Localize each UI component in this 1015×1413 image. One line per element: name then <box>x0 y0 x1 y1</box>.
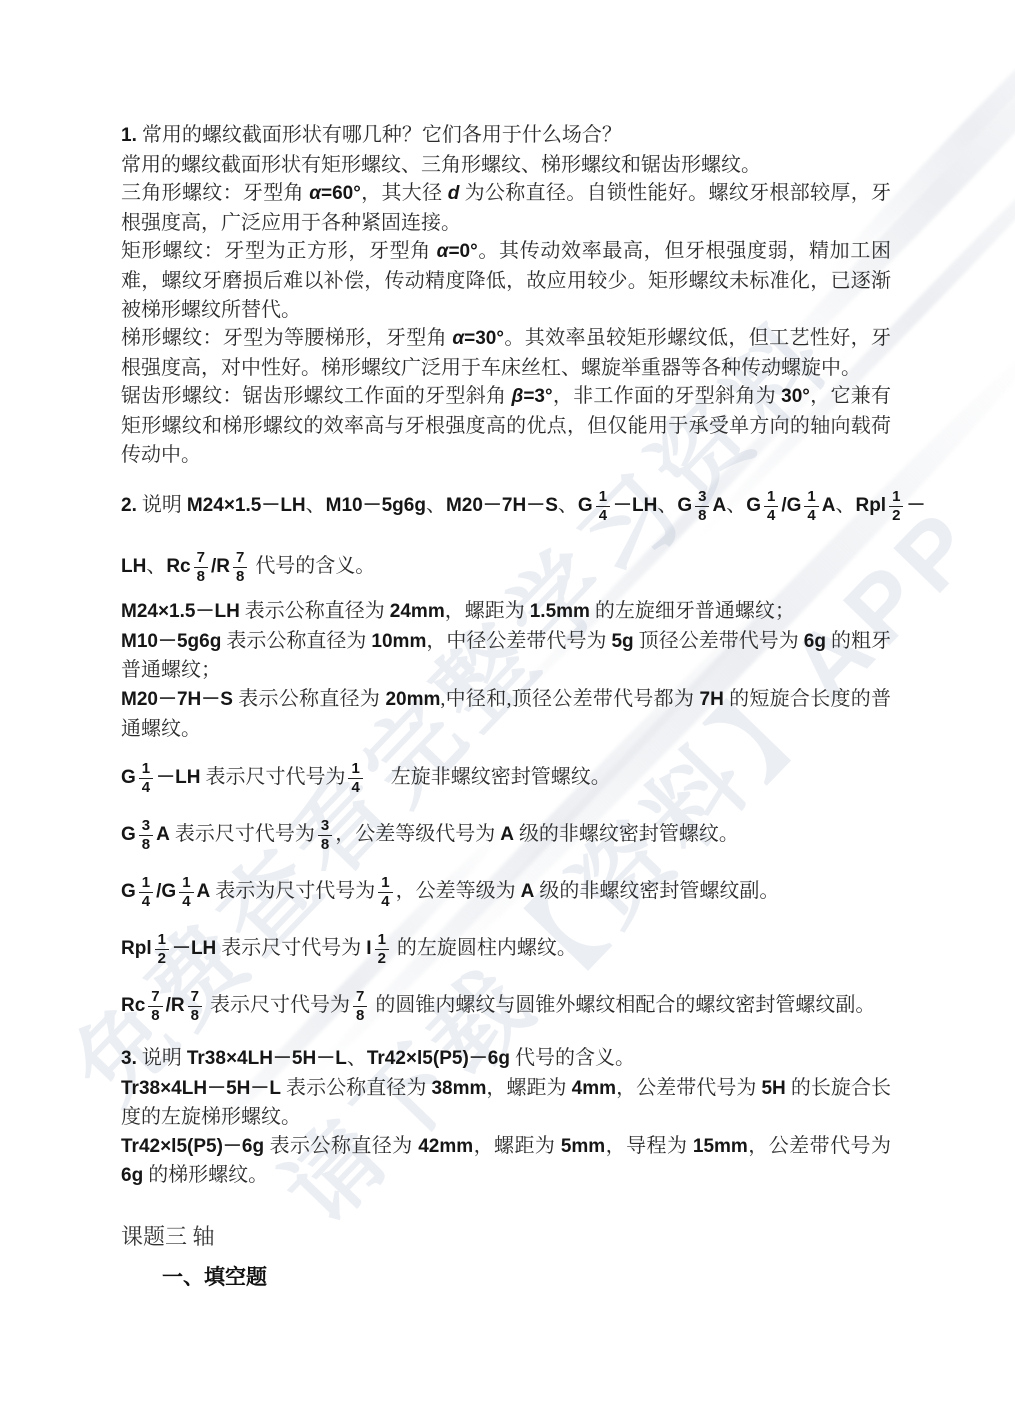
text-run: 左旋非螺纹密封管螺纹。 <box>366 766 611 788</box>
text-run: Rpl <box>855 495 886 516</box>
answer-rc: Rc78/R78 表示尺寸代号为78 的圆锥内螺纹与圆锥外螺纹相配合的螺纹密封管… <box>121 977 891 1034</box>
text-run: =60° <box>321 183 361 204</box>
text-run: 说明 <box>137 1047 187 1069</box>
fraction: 38 <box>318 818 332 854</box>
text-run: M10－5g6g <box>121 631 221 652</box>
text-run: 、 <box>558 494 578 516</box>
text-run: 15mm <box>693 1136 748 1157</box>
text-run: /R <box>166 995 185 1016</box>
answer-m24: M24×1.5－LH 表示公称直径为 24mm，螺距为 1.5mm 的左旋细牙普… <box>121 597 891 627</box>
text-run: 1. <box>121 125 137 146</box>
text-run: A <box>500 824 514 845</box>
text-run: Tr38×4LH－5H－L <box>187 1048 347 1069</box>
fraction: 14 <box>764 489 778 525</box>
text-run: A <box>712 495 726 516</box>
text-run: Rpl <box>121 938 152 959</box>
answer-1-intro: 常用的螺纹截面形状有矩形螺纹、三角形螺纹、梯形螺纹和锯齿形螺纹。 <box>121 151 891 180</box>
text-run: 矩形螺纹：牙型为正方形，牙型角 <box>121 240 437 262</box>
fraction: 78 <box>148 989 162 1025</box>
text-run: G <box>746 495 761 516</box>
text-run: 、 <box>347 1047 367 1069</box>
text-run: G <box>677 495 692 516</box>
answer-1-rect: 矩形螺纹：牙型为正方形，牙型角 α=0°。其传动效率最高，但牙根强度弱，精加工困… <box>121 237 891 324</box>
text-run: 5mm <box>561 1136 605 1157</box>
text-run: 级的非螺纹密封管螺纹副。 <box>534 880 779 902</box>
text-run: 10mm <box>371 631 426 652</box>
text-run: M20－7H－S <box>446 495 558 516</box>
text-run: 2. <box>121 495 137 516</box>
text-run: 42mm <box>418 1136 473 1157</box>
text-run: 表示公称直径为 <box>264 1135 418 1157</box>
text-run: 表示公称直径为 <box>281 1077 431 1099</box>
text-run: 三角形螺纹：牙型角 <box>121 182 309 204</box>
text-run: 表示公称直径为 <box>233 688 386 710</box>
text-run: 7H <box>700 689 724 710</box>
fraction: 14 <box>596 489 610 525</box>
text-run: 表示尺寸代号为 <box>170 823 315 845</box>
text-run: ,中径和,顶径公差带代号都为 <box>440 688 699 710</box>
text-run: 24mm <box>390 601 445 622</box>
text-run: ，导程为 <box>605 1135 693 1157</box>
text-run: =30° <box>464 328 504 349</box>
text-run: 顶径公差带代号为 <box>634 630 804 652</box>
text-run: 的左旋细牙普通螺纹； <box>590 600 795 622</box>
text-run: 的梯形螺纹。 <box>143 1164 268 1186</box>
question-1: 1. 常用的螺纹截面形状有哪几种？它们各用于什么场合？ <box>121 121 891 151</box>
text-run: 3. <box>121 1048 137 1069</box>
text-run: α <box>309 183 321 204</box>
text-run: ，螺距为 <box>445 600 530 622</box>
text-run: 5g <box>611 631 633 652</box>
text-run: Rc <box>166 556 190 577</box>
text-run: ，螺距为 <box>473 1135 561 1157</box>
text-run: Tr42×l5(P5)－6g <box>121 1136 264 1157</box>
text-run: G <box>578 495 593 516</box>
text-run: 表示尺寸代号为 <box>205 994 350 1016</box>
text-run: 锯齿形螺纹：锯齿形螺纹工作面的牙型斜角 <box>121 385 512 407</box>
text-run: ，公差等级为 <box>396 880 521 902</box>
text-run: LH <box>121 556 146 577</box>
text-run: 4mm <box>572 1078 616 1099</box>
question-3: 3. 说明 Tr38×4LH－5H－L、Tr42×l5(P5)－6g 代号的含义… <box>121 1044 891 1074</box>
text-run: 30° <box>781 386 810 407</box>
text-run: 、 <box>835 494 855 516</box>
text-run: ，中径公差带代号为 <box>426 630 611 652</box>
text-run: =3° <box>523 386 552 407</box>
text-run: I <box>366 938 371 959</box>
text-run: 说明 <box>137 494 187 516</box>
text-run: 的左旋圆柱内螺纹。 <box>392 937 577 959</box>
text-run: 、 <box>657 494 677 516</box>
text-run: /G <box>156 881 176 902</box>
fraction: 78 <box>353 989 367 1025</box>
text-run: ，公差等级代号为 <box>335 823 500 845</box>
text-run: －LH <box>613 495 657 516</box>
text-run: 常用的螺纹截面形状有哪几种？它们各用于什么场合？ <box>137 124 622 146</box>
text-run: ，公差带代号为 <box>748 1135 891 1157</box>
answer-g38: G38A 表示尺寸代号为38，公差等级代号为 A 级的非螺纹密封管螺纹。 <box>121 806 891 863</box>
text-run: d <box>448 183 460 204</box>
text-run: β <box>512 386 524 407</box>
document-page: 免费查看完整学习资料 请下载【资料】APP 1. 常用的螺纹截面形状有哪几种？它… <box>0 0 1015 1413</box>
fraction: 38 <box>695 489 709 525</box>
fraction: 14 <box>139 761 153 797</box>
fraction: 12 <box>375 932 389 968</box>
text-run: M10－5g6g <box>326 495 426 516</box>
question-2: 2. 说明 M24×1.5－LH、M10－5g6g、M20－7H－S、G14－L… <box>121 475 891 597</box>
text-run: 38mm <box>431 1078 486 1099</box>
text-run: ，其大径 <box>361 182 448 204</box>
text-run: －LH <box>156 767 200 788</box>
text-run: G <box>121 881 136 902</box>
text-run: 、 <box>146 555 166 577</box>
text-run: G <box>121 767 136 788</box>
fraction: 78 <box>233 550 247 586</box>
text-run: 代号的含义。 <box>510 1047 635 1069</box>
answer-m10: M10－5g6g 表示公称直径为 10mm，中径公差带代号为 5g 顶径公差带代… <box>121 627 891 685</box>
document-body: 1. 常用的螺纹截面形状有哪几种？它们各用于什么场合？常用的螺纹截面形状有矩形螺… <box>121 121 891 1292</box>
text-run: 表示公称直径为 <box>221 630 371 652</box>
text-run: M24×1.5－LH <box>187 495 306 516</box>
text-run: /R <box>211 556 230 577</box>
text-run: Rc <box>121 995 145 1016</box>
text-run: A <box>521 881 535 902</box>
fraction: 14 <box>378 875 392 911</box>
text-run: 、 <box>306 494 326 516</box>
answer-1-buttress: 锯齿形螺纹：锯齿形螺纹工作面的牙型斜角 β=3°，非工作面的牙型斜角为 30°，… <box>121 382 891 469</box>
text-run: α <box>452 328 464 349</box>
text-run: －LH <box>172 938 216 959</box>
text-run: M20－7H－S <box>121 689 233 710</box>
text-run: Tr42×l5(P5)－6g <box>367 1048 510 1069</box>
text-run: 5H <box>761 1078 785 1099</box>
fraction: 14 <box>179 875 193 911</box>
text-run: Tr38×4LH－5H－L <box>121 1078 281 1099</box>
answer-g14: G14－LH 表示尺寸代号为14 左旋非螺纹密封管螺纹。 <box>121 749 891 806</box>
fraction: 14 <box>804 489 818 525</box>
answer-1-trapezoid: 梯形螺纹：牙型为等腰梯形，牙型角 α=30°。其效率虽较矩形螺纹低，但工艺性好，… <box>121 324 891 382</box>
text-run: A <box>197 881 211 902</box>
fraction: 14 <box>139 875 153 911</box>
text-run: 代号的含义。 <box>250 555 375 577</box>
text-run: A <box>156 824 170 845</box>
text-run: 1.5mm <box>530 601 590 622</box>
fraction: 38 <box>139 818 153 854</box>
text-run: α <box>437 241 449 262</box>
answer-rpl: Rpl12－LH 表示尺寸代号为 I12 的左旋圆柱内螺纹。 <box>121 920 891 977</box>
text-run: 、 <box>426 494 446 516</box>
text-run: G <box>121 824 136 845</box>
text-run: 20mm <box>385 689 440 710</box>
text-run: 一、填空题 <box>162 1266 267 1289</box>
fraction: 78 <box>188 989 202 1025</box>
text-run: ，螺距为 <box>486 1077 571 1099</box>
text-run: ，非工作面的牙型斜角为 <box>553 385 782 407</box>
fraction: 12 <box>155 932 169 968</box>
text-run: 的圆锥内螺纹与圆锥外螺纹相配合的螺纹密封管螺纹副。 <box>370 994 875 1016</box>
text-run: A <box>822 495 836 516</box>
text-run: M24×1.5－LH <box>121 601 240 622</box>
text-run: 6g <box>804 631 826 652</box>
answer-tr38: Tr38×4LH－5H－L 表示公称直径为 38mm，螺距为 4mm，公差带代号… <box>121 1074 891 1132</box>
text-run: 课题三 轴 <box>121 1224 215 1249</box>
answer-1-triangle: 三角形螺纹：牙型角 α=60°，其大径 d 为公称直径。自锁性能好。螺纹牙根部较… <box>121 179 891 237</box>
answer-tr42: Tr42×l5(P5)－6g 表示公称直径为 42mm，螺距为 5mm，导程为 … <box>121 1132 891 1191</box>
text-run: /G <box>781 495 801 516</box>
text-run: － <box>906 495 925 516</box>
text-run: 、 <box>726 494 746 516</box>
text-run: 级的非螺纹密封管螺纹。 <box>514 823 739 845</box>
text-run: 6g <box>121 1165 143 1186</box>
answer-g14-g14: G14/G14A 表示为尺寸代号为14，公差等级为 A 级的非螺纹密封管螺纹副。 <box>121 863 891 920</box>
text-run: ，公差带代号为 <box>616 1077 761 1099</box>
topic-heading: 课题三 轴 <box>121 1223 891 1252</box>
fraction: 78 <box>194 550 208 586</box>
text-run: 常用的螺纹截面形状有矩形螺纹、三角形螺纹、梯形螺纹和锯齿形螺纹。 <box>121 154 761 176</box>
text-run: 表示公称直径为 <box>240 600 390 622</box>
answer-m20: M20－7H－S 表示公称直径为 20mm,中径和,顶径公差带代号都为 7H 的… <box>121 685 891 743</box>
text-run: 表示为尺寸代号为 <box>210 880 375 902</box>
text-run: 表示尺寸代号为 <box>200 766 345 788</box>
section-fill-in: 一、填空题 <box>121 1264 891 1293</box>
fraction: 14 <box>348 761 362 797</box>
fraction: 12 <box>889 489 903 525</box>
text-run: 梯形螺纹：牙型为等腰梯形，牙型角 <box>121 327 452 349</box>
text-run: 表示尺寸代号为 <box>216 937 366 959</box>
text-run: =0° <box>448 241 477 262</box>
